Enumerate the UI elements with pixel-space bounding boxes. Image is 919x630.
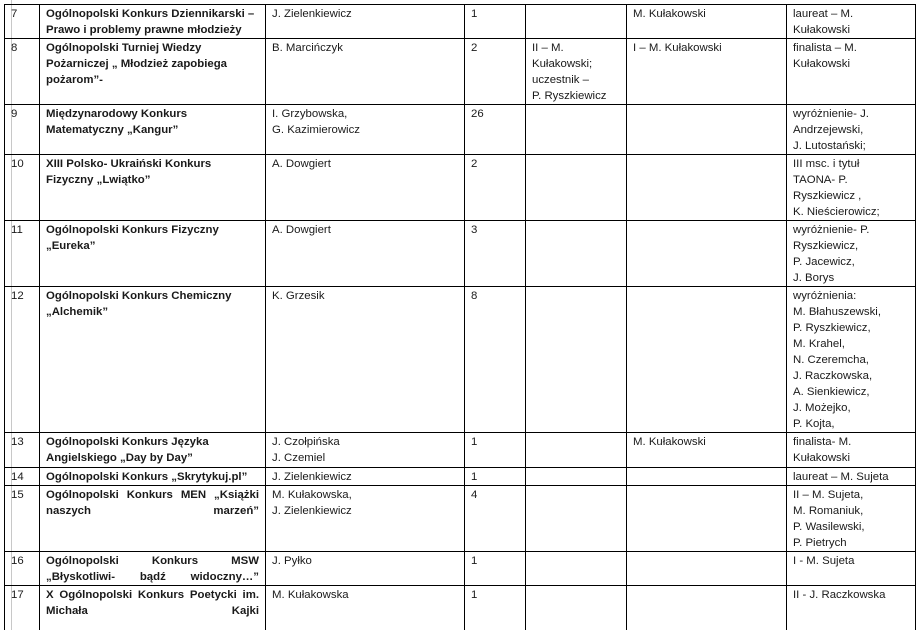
- participant-count: 1: [465, 586, 526, 630]
- competition-results-table: 7 Ogólnopolski Konkurs Dziennikarski – P…: [4, 4, 916, 630]
- teacher: J. Zielenkiewicz: [266, 468, 465, 486]
- final-result: wyróżnienie- P. Ryszkiewicz, P. Jacewicz…: [787, 221, 916, 287]
- stage-2-result: [627, 221, 787, 287]
- row-number: 12: [5, 287, 40, 433]
- stage-2-result: [627, 586, 787, 630]
- competition-name: Ogólnopolski Konkurs MEN „Książki naszyc…: [40, 486, 266, 552]
- teacher: M. Kułakowska: [266, 586, 465, 630]
- participant-count: 1: [465, 552, 526, 586]
- participant-count: 1: [465, 433, 526, 468]
- participant-count: 1: [465, 468, 526, 486]
- participant-count: 3: [465, 221, 526, 287]
- teacher: J. Zielenkiewicz: [266, 5, 465, 39]
- stage-1-result: [526, 468, 627, 486]
- stage-1-result: [526, 287, 627, 433]
- stage-1-result: [526, 586, 627, 630]
- row-number: 8: [5, 39, 40, 105]
- row-number: 17: [5, 586, 40, 630]
- table-row: 7 Ogólnopolski Konkurs Dziennikarski – P…: [5, 5, 916, 39]
- table-row: 12 Ogólnopolski Konkurs Chemiczny „Alche…: [5, 287, 916, 433]
- stage-2-result: [627, 287, 787, 433]
- participant-count: 2: [465, 155, 526, 221]
- table-row: 15 Ogólnopolski Konkurs MEN „Książki nas…: [5, 486, 916, 552]
- competition-name: Ogólnopolski Turniej Wiedzy Pożarniczej …: [40, 39, 266, 105]
- final-result: II - J. Raczkowska: [787, 586, 916, 630]
- row-number: 16: [5, 552, 40, 586]
- table-row: 9 Międzynarodowy Konkurs Matematyczny „K…: [5, 105, 916, 155]
- final-result: laureat – M. Sujeta: [787, 468, 916, 486]
- competition-name: X Ogólnopolski Konkurs Poetycki im. Mich…: [40, 586, 266, 630]
- stage-2-result: I – M. Kułakowski: [627, 39, 787, 105]
- table-row: 10 XIII Polsko- Ukraiński Konkurs Fizycz…: [5, 155, 916, 221]
- participant-count: 8: [465, 287, 526, 433]
- teacher: I. Grzybowska, G. Kazimierowicz: [266, 105, 465, 155]
- table-row: 17 X Ogólnopolski Konkurs Poetycki im. M…: [5, 586, 916, 630]
- teacher: M. Kułakowska, J. Zielenkiewicz: [266, 486, 465, 552]
- row-number: 13: [5, 433, 40, 468]
- teacher: B. Marcińczyk: [266, 39, 465, 105]
- stage-2-result: [627, 155, 787, 221]
- row-number: 11: [5, 221, 40, 287]
- final-result: wyróżnienia: M. Błahuszewski, P. Ryszkie…: [787, 287, 916, 433]
- table-row: 16 Ogólnopolski Konkurs MSW „Błyskotliwi…: [5, 552, 916, 586]
- competition-name: XIII Polsko- Ukraiński Konkurs Fizyczny …: [40, 155, 266, 221]
- stage-2-result: [627, 468, 787, 486]
- stage-1-result: II – M. Kułakowski; uczestnik – P. Ryszk…: [526, 39, 627, 105]
- final-result: wyróżnienie- J. Andrzejewski, J. Lutosta…: [787, 105, 916, 155]
- competition-name: Ogólnopolski Konkurs Chemiczny „Alchemik…: [40, 287, 266, 433]
- teacher: K. Grzesik: [266, 287, 465, 433]
- stage-1-result: [526, 552, 627, 586]
- stage-1-result: [526, 221, 627, 287]
- teacher: A. Dowgiert: [266, 155, 465, 221]
- competition-name: Ogólnopolski Konkurs Języka Angielskiego…: [40, 433, 266, 468]
- stage-2-result: [627, 552, 787, 586]
- row-number: 7: [5, 5, 40, 39]
- table-row: 14 Ogólnopolski Konkurs „Skrytykuj.pl” J…: [5, 468, 916, 486]
- final-result: I - M. Sujeta: [787, 552, 916, 586]
- participant-count: 26: [465, 105, 526, 155]
- teacher: J. Czołpińska J. Czemiel: [266, 433, 465, 468]
- final-result: finalista – M. Kułakowski: [787, 39, 916, 105]
- row-number: 15: [5, 486, 40, 552]
- table-row: 11 Ogólnopolski Konkurs Fizyczny „Eureka…: [5, 221, 916, 287]
- competition-name: Ogólnopolski Konkurs Fizyczny „Eureka”: [40, 221, 266, 287]
- participant-count: 4: [465, 486, 526, 552]
- stage-2-result: M. Kułakowski: [627, 5, 787, 39]
- stage-1-result: [526, 433, 627, 468]
- table-row: 13 Ogólnopolski Konkurs Języka Angielski…: [5, 433, 916, 468]
- stage-2-result: [627, 486, 787, 552]
- participant-count: 2: [465, 39, 526, 105]
- teacher: J. Pyłko: [266, 552, 465, 586]
- final-result: finalista- M. Kułakowski: [787, 433, 916, 468]
- stage-1-result: [526, 155, 627, 221]
- stage-2-result: M. Kułakowski: [627, 433, 787, 468]
- stage-2-result: [627, 105, 787, 155]
- stage-1-result: [526, 105, 627, 155]
- table-row: 8 Ogólnopolski Turniej Wiedzy Pożarnicze…: [5, 39, 916, 105]
- participant-count: 1: [465, 5, 526, 39]
- row-number: 14: [5, 468, 40, 486]
- competition-name: Ogólnopolski Konkurs MSW „Błyskotliwi- b…: [40, 552, 266, 586]
- row-number: 10: [5, 155, 40, 221]
- stage-1-result: [526, 486, 627, 552]
- final-result: II – M. Sujeta, M. Romaniuk, P. Wasilews…: [787, 486, 916, 552]
- stage-1-result: [526, 5, 627, 39]
- final-result: III msc. i tytuł TAONA- P. Ryszkiewicz ,…: [787, 155, 916, 221]
- competition-name: Międzynarodowy Konkurs Matematyczny „Kan…: [40, 105, 266, 155]
- competition-name: Ogólnopolski Konkurs Dziennikarski – Pra…: [40, 5, 266, 39]
- competition-name: Ogólnopolski Konkurs „Skrytykuj.pl”: [40, 468, 266, 486]
- teacher: A. Dowgiert: [266, 221, 465, 287]
- final-result: laureat – M. Kułakowski: [787, 5, 916, 39]
- row-number: 9: [5, 105, 40, 155]
